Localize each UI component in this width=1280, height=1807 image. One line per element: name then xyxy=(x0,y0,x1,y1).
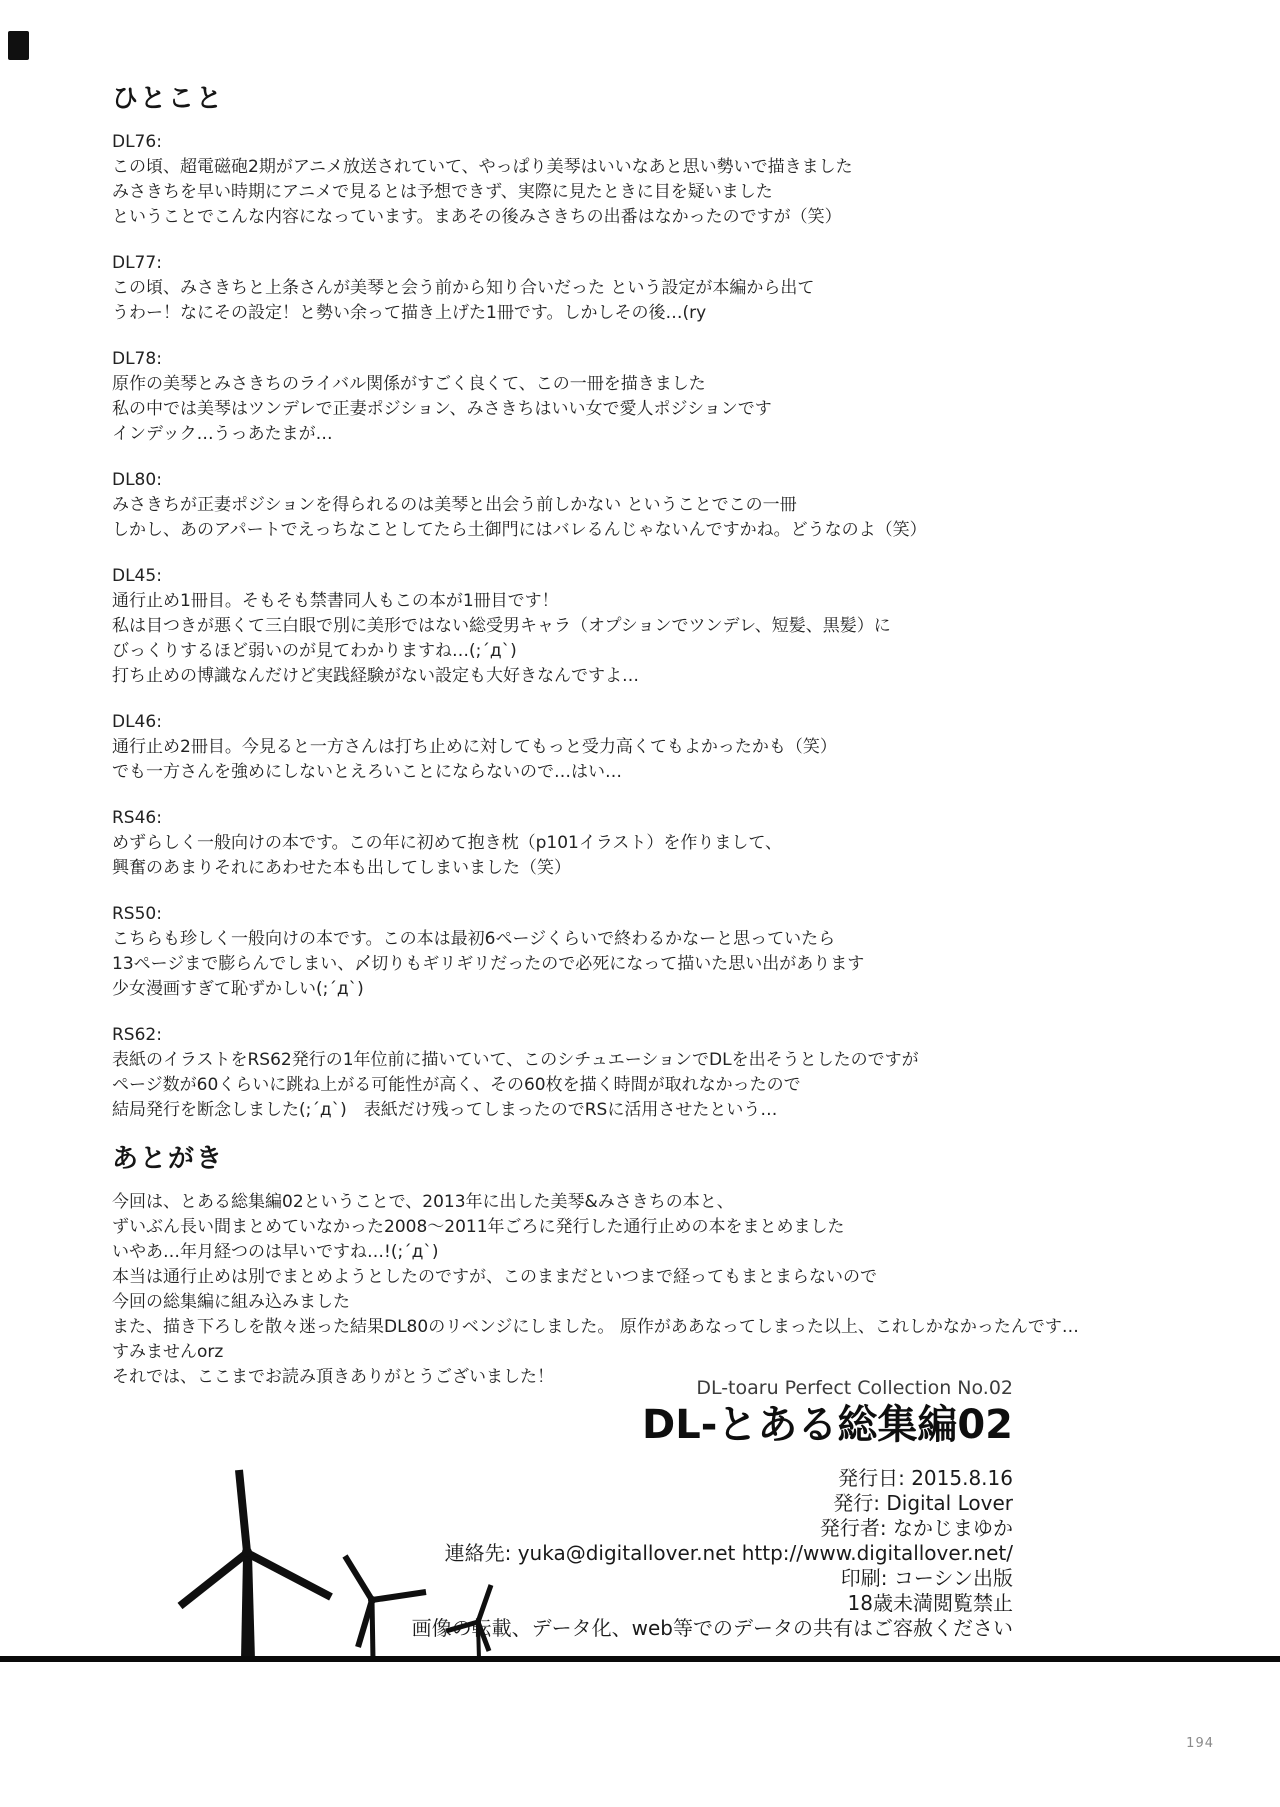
main-text-column: ひとこと DL76:この頃、超電磁砲2期がアニメ放送されていて、やっぱり美琴はい… xyxy=(112,84,1079,1390)
section-line: しかし、あのアパートでえっちなことしてたら土御門にはバレるんじゃないんですかね。… xyxy=(112,518,1079,543)
section-line: この頃、みさきちと上条さんが美琴と会う前から知り合いだった という設定が本編から… xyxy=(112,276,1079,301)
section-line: 興奮のあまりそれにあわせた本も出してしまいました（笑） xyxy=(112,856,1079,881)
section-label: RS62: xyxy=(112,1023,1079,1048)
comment-section: RS62:表紙のイラストをRS62発行の1年位前に描いていて、このシチュエーショ… xyxy=(112,1023,1079,1123)
atogaki-line: 本当は通行止めは別でまとめようとしたのですが、このままだといつまで経ってもまとま… xyxy=(112,1265,1079,1290)
section-line: 打ち止めの博識なんだけど実践経験がない設定も大好きなんですよ… xyxy=(112,664,1079,689)
section-line: 通行止め1冊目。そもそも禁書同人もこの本が1冊目です！ xyxy=(112,589,1079,614)
section-label: DL46: xyxy=(112,710,1079,735)
comment-section: DL80:みさきちが正妻ポジションを得られるのは美琴と出会う前しかない というこ… xyxy=(112,468,1079,543)
section-label: RS46: xyxy=(112,806,1079,831)
section-line: びっくりするほど弱いのが見てわかりますね…(;´д`) xyxy=(112,639,1079,664)
scan-corner-mark xyxy=(8,31,29,60)
section-label: DL76: xyxy=(112,130,1079,155)
section-line: こちらも珍しく一般向けの本です。この本は最初6ページくらいで終わるかなーと思って… xyxy=(112,927,1079,952)
series-title: DL-toaru Perfect Collection No.02 xyxy=(412,1376,1013,1400)
section-label: DL80: xyxy=(112,468,1079,493)
comment-section: RS46:めずらしく一般向けの本です。この年に初めて抱き枕（p101イラスト）を… xyxy=(112,806,1079,881)
section-line: インデック…うっあたまが… xyxy=(112,422,1079,447)
atogaki-line: また、描き下ろしを散々迷った結果DL80のリベンジにしました。 原作がああなって… xyxy=(112,1315,1079,1340)
hitokoto-heading: ひとこと xyxy=(112,84,1079,114)
section-line: 少女漫画すぎて恥ずかしい(;´д`) xyxy=(112,977,1079,1002)
comment-section: DL77:この頃、みさきちと上条さんが美琴と会う前から知り合いだった という設定… xyxy=(112,251,1079,326)
section-line: うわー！なにその設定！と勢い余って描き上げた1冊です。しかしその後…(ry xyxy=(112,301,1079,326)
section-line: この頃、超電磁砲2期がアニメ放送されていて、やっぱり美琴はいいなあと思い勢いで描… xyxy=(112,155,1079,180)
atogaki-line: ずいぶん長い間まとめていなかった2008～2011年ごろに発行した通行止めの本を… xyxy=(112,1215,1079,1240)
section-line: ということでこんな内容になっています。まあその後みさきちの出番はなかったのですが… xyxy=(112,205,1079,230)
section-line: みさきちが正妻ポジションを得られるのは美琴と出会う前しかない ということでこの一… xyxy=(112,493,1079,518)
section-label: DL78: xyxy=(112,347,1079,372)
comment-section: DL78:原作の美琴とみさきちのライバル関係がすごく良くて、この一冊を描きました… xyxy=(112,347,1079,447)
section-line: めずらしく一般向けの本です。この年に初めて抱き枕（p101イラスト）を作りまして… xyxy=(112,831,1079,856)
atogaki-line: すみませんorz xyxy=(112,1340,1079,1365)
wind-turbines-graphic xyxy=(0,1430,560,1670)
atogaki-line: 今回は、とある総集編02ということで、2013年に出した美琴&みさきちの本と、 xyxy=(112,1190,1079,1215)
section-label: DL77: xyxy=(112,251,1079,276)
document-page: { "page": { "hitokoto": { "heading": "ひと… xyxy=(0,0,1280,1807)
section-line: 通行止め2冊目。今見ると一方さんは打ち止めに対してもっと受力高くてもよかったかも… xyxy=(112,735,1079,760)
comment-section: DL76:この頃、超電磁砲2期がアニメ放送されていて、やっぱり美琴はいいなあと思… xyxy=(112,130,1079,230)
section-line: 私は目つきが悪くて三白眼で別に美形ではない総受男キャラ（オプションでツンデレ、短… xyxy=(112,614,1079,639)
comment-sections: DL76:この頃、超電磁砲2期がアニメ放送されていて、やっぱり美琴はいいなあと思… xyxy=(112,130,1079,1123)
section-line: でも一方さんを強めにしないとえろいことにならないので…はい… xyxy=(112,760,1079,785)
atogaki-body: 今回は、とある総集編02ということで、2013年に出した美琴&みさきちの本と、ず… xyxy=(112,1190,1079,1390)
atogaki-line: 今回の総集編に組み込みました xyxy=(112,1290,1079,1315)
atogaki-heading: あとがき xyxy=(112,1144,1079,1174)
section-line: 結局発行を断念しました(;´д`) 表紙だけ残ってしまったのでRSに活用させたと… xyxy=(112,1098,1079,1123)
section-line: 表紙のイラストをRS62発行の1年位前に描いていて、このシチュエーションでDLを… xyxy=(112,1048,1079,1073)
section-line: ページ数が60くらいに跳ね上がる可能性が高く、その60枚を描く時間が取れなかった… xyxy=(112,1073,1079,1098)
atogaki-line: いやあ…年月経つのは早いですね…!(;´д`) xyxy=(112,1240,1079,1265)
section-label: RS50: xyxy=(112,902,1079,927)
comment-section: DL46:通行止め2冊目。今見ると一方さんは打ち止めに対してもっと受力高くてもよ… xyxy=(112,710,1079,785)
page-number: 194 xyxy=(1186,1736,1214,1751)
section-line: 原作の美琴とみさきちのライバル関係がすごく良くて、この一冊を描きました xyxy=(112,372,1079,397)
footer-rule xyxy=(0,1656,1280,1662)
comment-section: DL45:通行止め1冊目。そもそも禁書同人もこの本が1冊目です！私は目つきが悪く… xyxy=(112,564,1079,689)
section-line: 私の中では美琴はツンデレで正妻ポジション、みさきちはいい女で愛人ポジションです xyxy=(112,397,1079,422)
section-line: みさきちを早い時期にアニメで見るとは予想できず、実際に見たときに目を疑いました xyxy=(112,180,1079,205)
comment-section: RS50:こちらも珍しく一般向けの本です。この本は最初6ページくらいで終わるかな… xyxy=(112,902,1079,1002)
section-line: 13ページまで膨らんでしまい、〆切りもギリギリだったので必死になって描いた思い出… xyxy=(112,952,1079,977)
section-label: DL45: xyxy=(112,564,1079,589)
